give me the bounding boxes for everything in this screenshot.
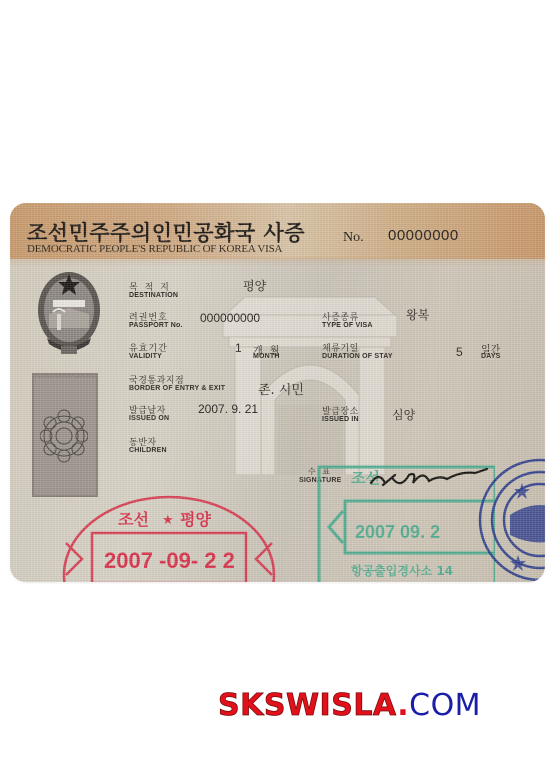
issued-in-value: 심양	[392, 406, 415, 423]
type-of-visa-value: 왕복	[406, 306, 429, 323]
signature-scribble	[365, 461, 490, 495]
passport-no-label-en: PASSPORT No.	[129, 322, 183, 329]
red-stamp-date: 2007 -09- 2 2	[104, 548, 235, 573]
destination-value: 평양	[243, 277, 266, 294]
issued-on-value: 2007. 9. 21	[198, 402, 258, 416]
validity-value: 1	[235, 341, 242, 355]
validity-label-en: VALIDITY	[129, 353, 162, 360]
duration-label-en: DURATION OF STAY	[322, 353, 393, 360]
issued-on-label-en: ISSUED ON	[129, 415, 169, 422]
issued-in-label-en: ISSUED IN	[322, 416, 359, 423]
destination-label-en: DESTINATION	[129, 292, 178, 299]
red-exit-stamp: 조선 ★ 평양 2007 -09- 2 2	[60, 495, 278, 582]
type-of-visa-label-en: TYPE OF VISA	[322, 322, 373, 329]
visa-title-english: DEMOCRATIC PEOPLE'S REPUBLIC OF KOREA VI…	[27, 243, 282, 255]
green-stamp-date: 2007 09. 2	[355, 522, 440, 542]
passport-no-value: 000000000	[200, 311, 260, 325]
rosette-pattern-icon	[40, 391, 88, 481]
security-guilloche: VISAVISAVISAVISAVISAVISAVISAVISAVISAVISA…	[32, 373, 98, 497]
red-stamp-star-icon: ★	[162, 513, 174, 528]
duration-unit-en: DAYS	[481, 353, 501, 360]
duration-value: 5	[456, 345, 463, 359]
border-value: 존. 시민	[258, 379, 304, 398]
logo-brand-dot: .	[397, 688, 409, 723]
visa-number-value: 00000000	[388, 227, 459, 244]
national-emblem-icon	[35, 266, 103, 359]
border-label-en: BORDER OF ENTRY & EXIT	[129, 385, 225, 392]
red-stamp-city: 평양	[180, 510, 211, 529]
visa-document: 조선민주주의인민공화국 사증 DEMOCRATIC PEOPLE'S REPUB…	[10, 203, 545, 582]
visa-number-label: No.	[343, 230, 364, 246]
validity-unit-en: MONTH	[253, 353, 280, 360]
logo-brand-main: SKSWISLA	[218, 688, 397, 723]
arch-watermark-icon	[205, 275, 415, 475]
watermark-logo: SKSWISLA.COM	[218, 689, 481, 723]
green-stamp-bottom-text: 항공출입경사소 14	[350, 563, 453, 578]
logo-brand-tld: COM	[409, 688, 481, 723]
red-stamp-top-text: 조선	[118, 510, 149, 529]
children-label-en: CHILDREN	[129, 447, 167, 454]
